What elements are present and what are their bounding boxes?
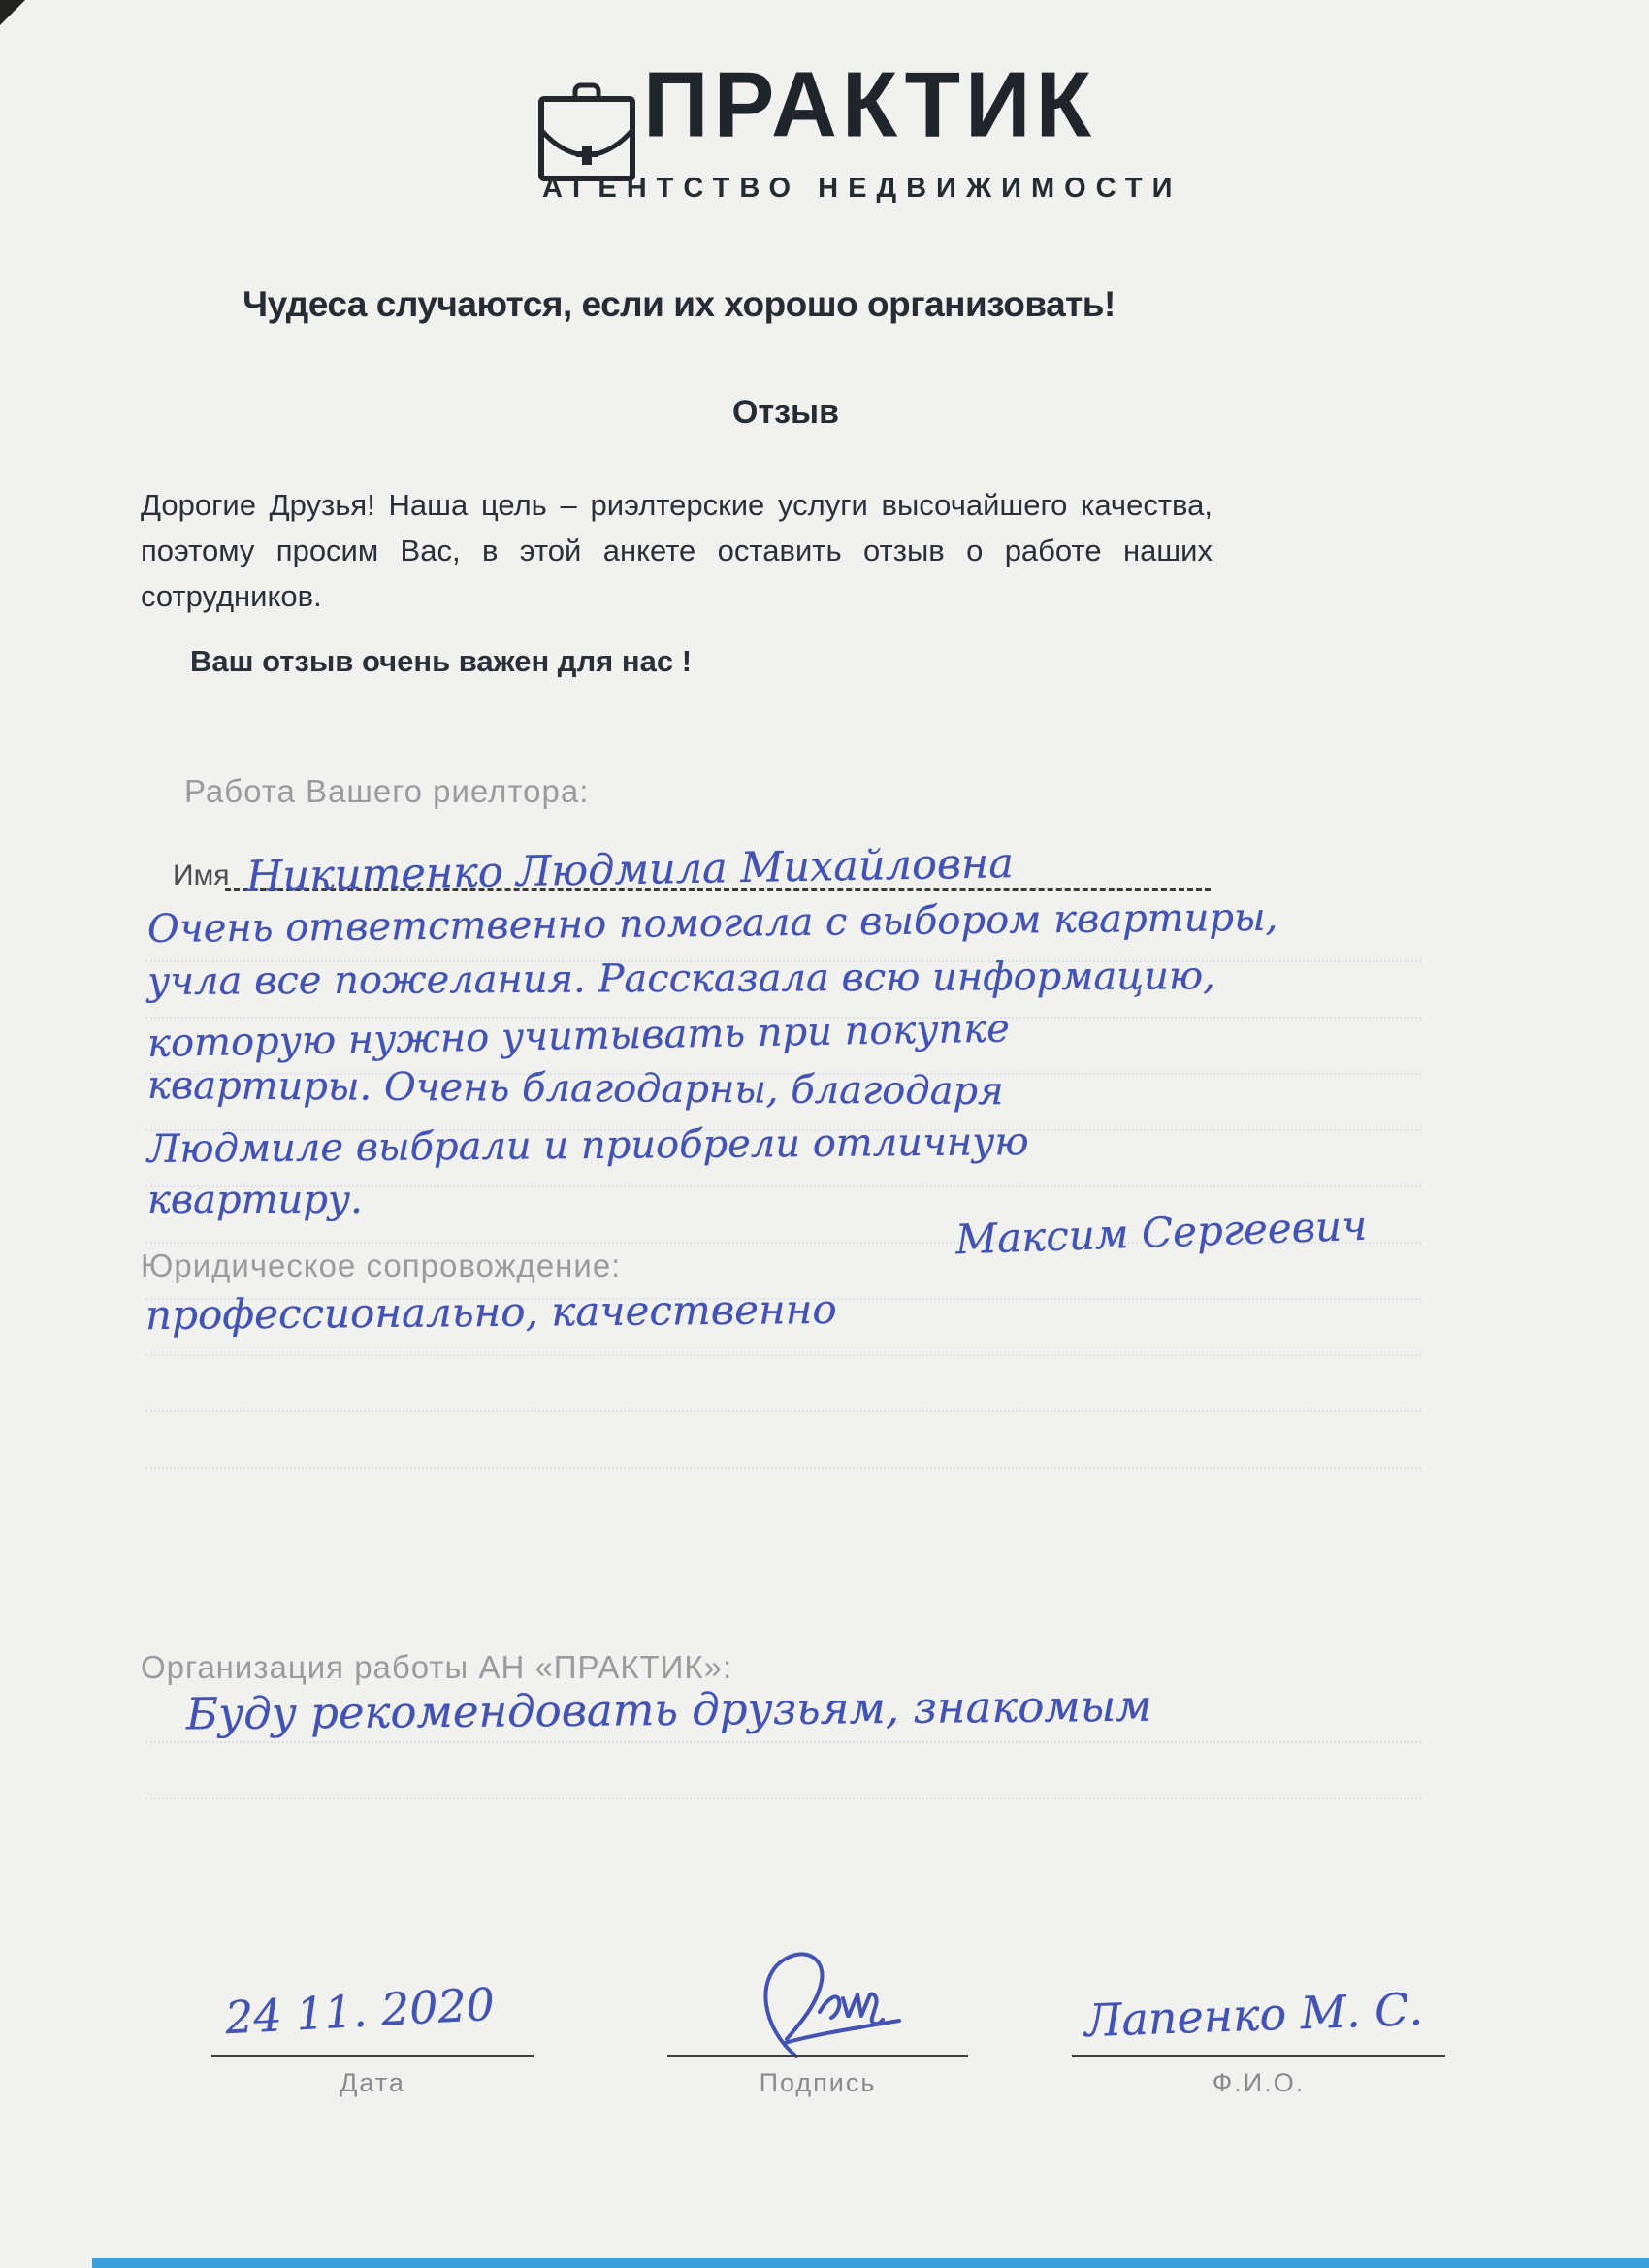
signature-scribble xyxy=(752,1948,917,2064)
review-line: Людмиле выбрали и приобрели отличную xyxy=(147,1113,1253,1178)
fio-line xyxy=(1072,2055,1445,2057)
realtor-section-label: Работа Вашего риелтора: xyxy=(184,773,589,810)
scan-corner-artifact xyxy=(0,0,25,25)
review-line: квартиры. Очень благодарны, благодаря xyxy=(147,1058,1253,1121)
handwritten-organization-comment: Буду рекомендовать друзьям, знакомым xyxy=(186,1680,1152,1740)
signature-caption: Подпись xyxy=(667,2068,968,2098)
guide-line xyxy=(145,1354,1421,1356)
handwritten-date: 24 11. 2020 xyxy=(224,1978,496,2044)
agency-logo: ПРАКТИК АГЕНТСТВО НЕДВИЖИМОСТИ xyxy=(529,66,1188,211)
intro-paragraph: Дорогие Друзья! Наша цель – риэлтерские … xyxy=(141,482,1212,619)
signature-line xyxy=(667,2055,968,2057)
guide-line xyxy=(145,1741,1421,1743)
organization-section-label: Организация работы АН «ПРАКТИК»: xyxy=(141,1649,732,1686)
review-line: Очень ответственно помогала с выбором кв… xyxy=(147,891,1254,957)
brand-name: ПРАКТИК xyxy=(643,51,1096,158)
guide-line xyxy=(145,1410,1421,1412)
guide-line xyxy=(145,1298,1421,1300)
brand-subtitle: АГЕНТСТВО НЕДВИЖИМОСТИ xyxy=(542,173,1181,205)
guide-line xyxy=(145,1798,1421,1799)
handwritten-legal-comment: профессионально, качественно xyxy=(145,1285,837,1339)
guide-line xyxy=(145,1242,1421,1244)
fio-caption: Ф.И.О. xyxy=(1072,2068,1445,2098)
briefcase-icon xyxy=(536,76,637,184)
form-title: Отзыв xyxy=(0,394,1571,432)
guide-line xyxy=(145,1017,1421,1019)
guide-line xyxy=(145,1073,1421,1075)
importance-note: Ваш отзыв очень важен для нас ! xyxy=(190,644,692,679)
guide-line xyxy=(145,1129,1421,1131)
guide-line xyxy=(145,1185,1421,1187)
handwritten-realtor-name: Никитенко Людмила Михайловна xyxy=(246,839,1015,901)
guide-line xyxy=(145,1467,1421,1469)
date-line xyxy=(211,2055,533,2057)
date-caption: Дата xyxy=(211,2068,533,2098)
name-field-row: Имя Никитенко Людмила Михайловна xyxy=(173,840,1211,898)
scanned-feedback-form: ПРАКТИК АГЕНТСТВО НЕДВИЖИМОСТИ Чудеса сл… xyxy=(0,0,1649,2268)
scan-edge-strip xyxy=(92,2258,1649,2268)
slogan-headline: Чудеса случаются, если их хорошо организ… xyxy=(0,284,1358,325)
handwritten-fio: Лапенко М. С. xyxy=(1083,1983,1424,2047)
guide-line xyxy=(145,960,1421,962)
name-field-label: Имя xyxy=(173,859,229,892)
legal-section-label: Юридическое сопровождение: xyxy=(141,1247,621,1284)
handwritten-review: Очень ответственно помогала с выбором кв… xyxy=(147,896,1253,1228)
